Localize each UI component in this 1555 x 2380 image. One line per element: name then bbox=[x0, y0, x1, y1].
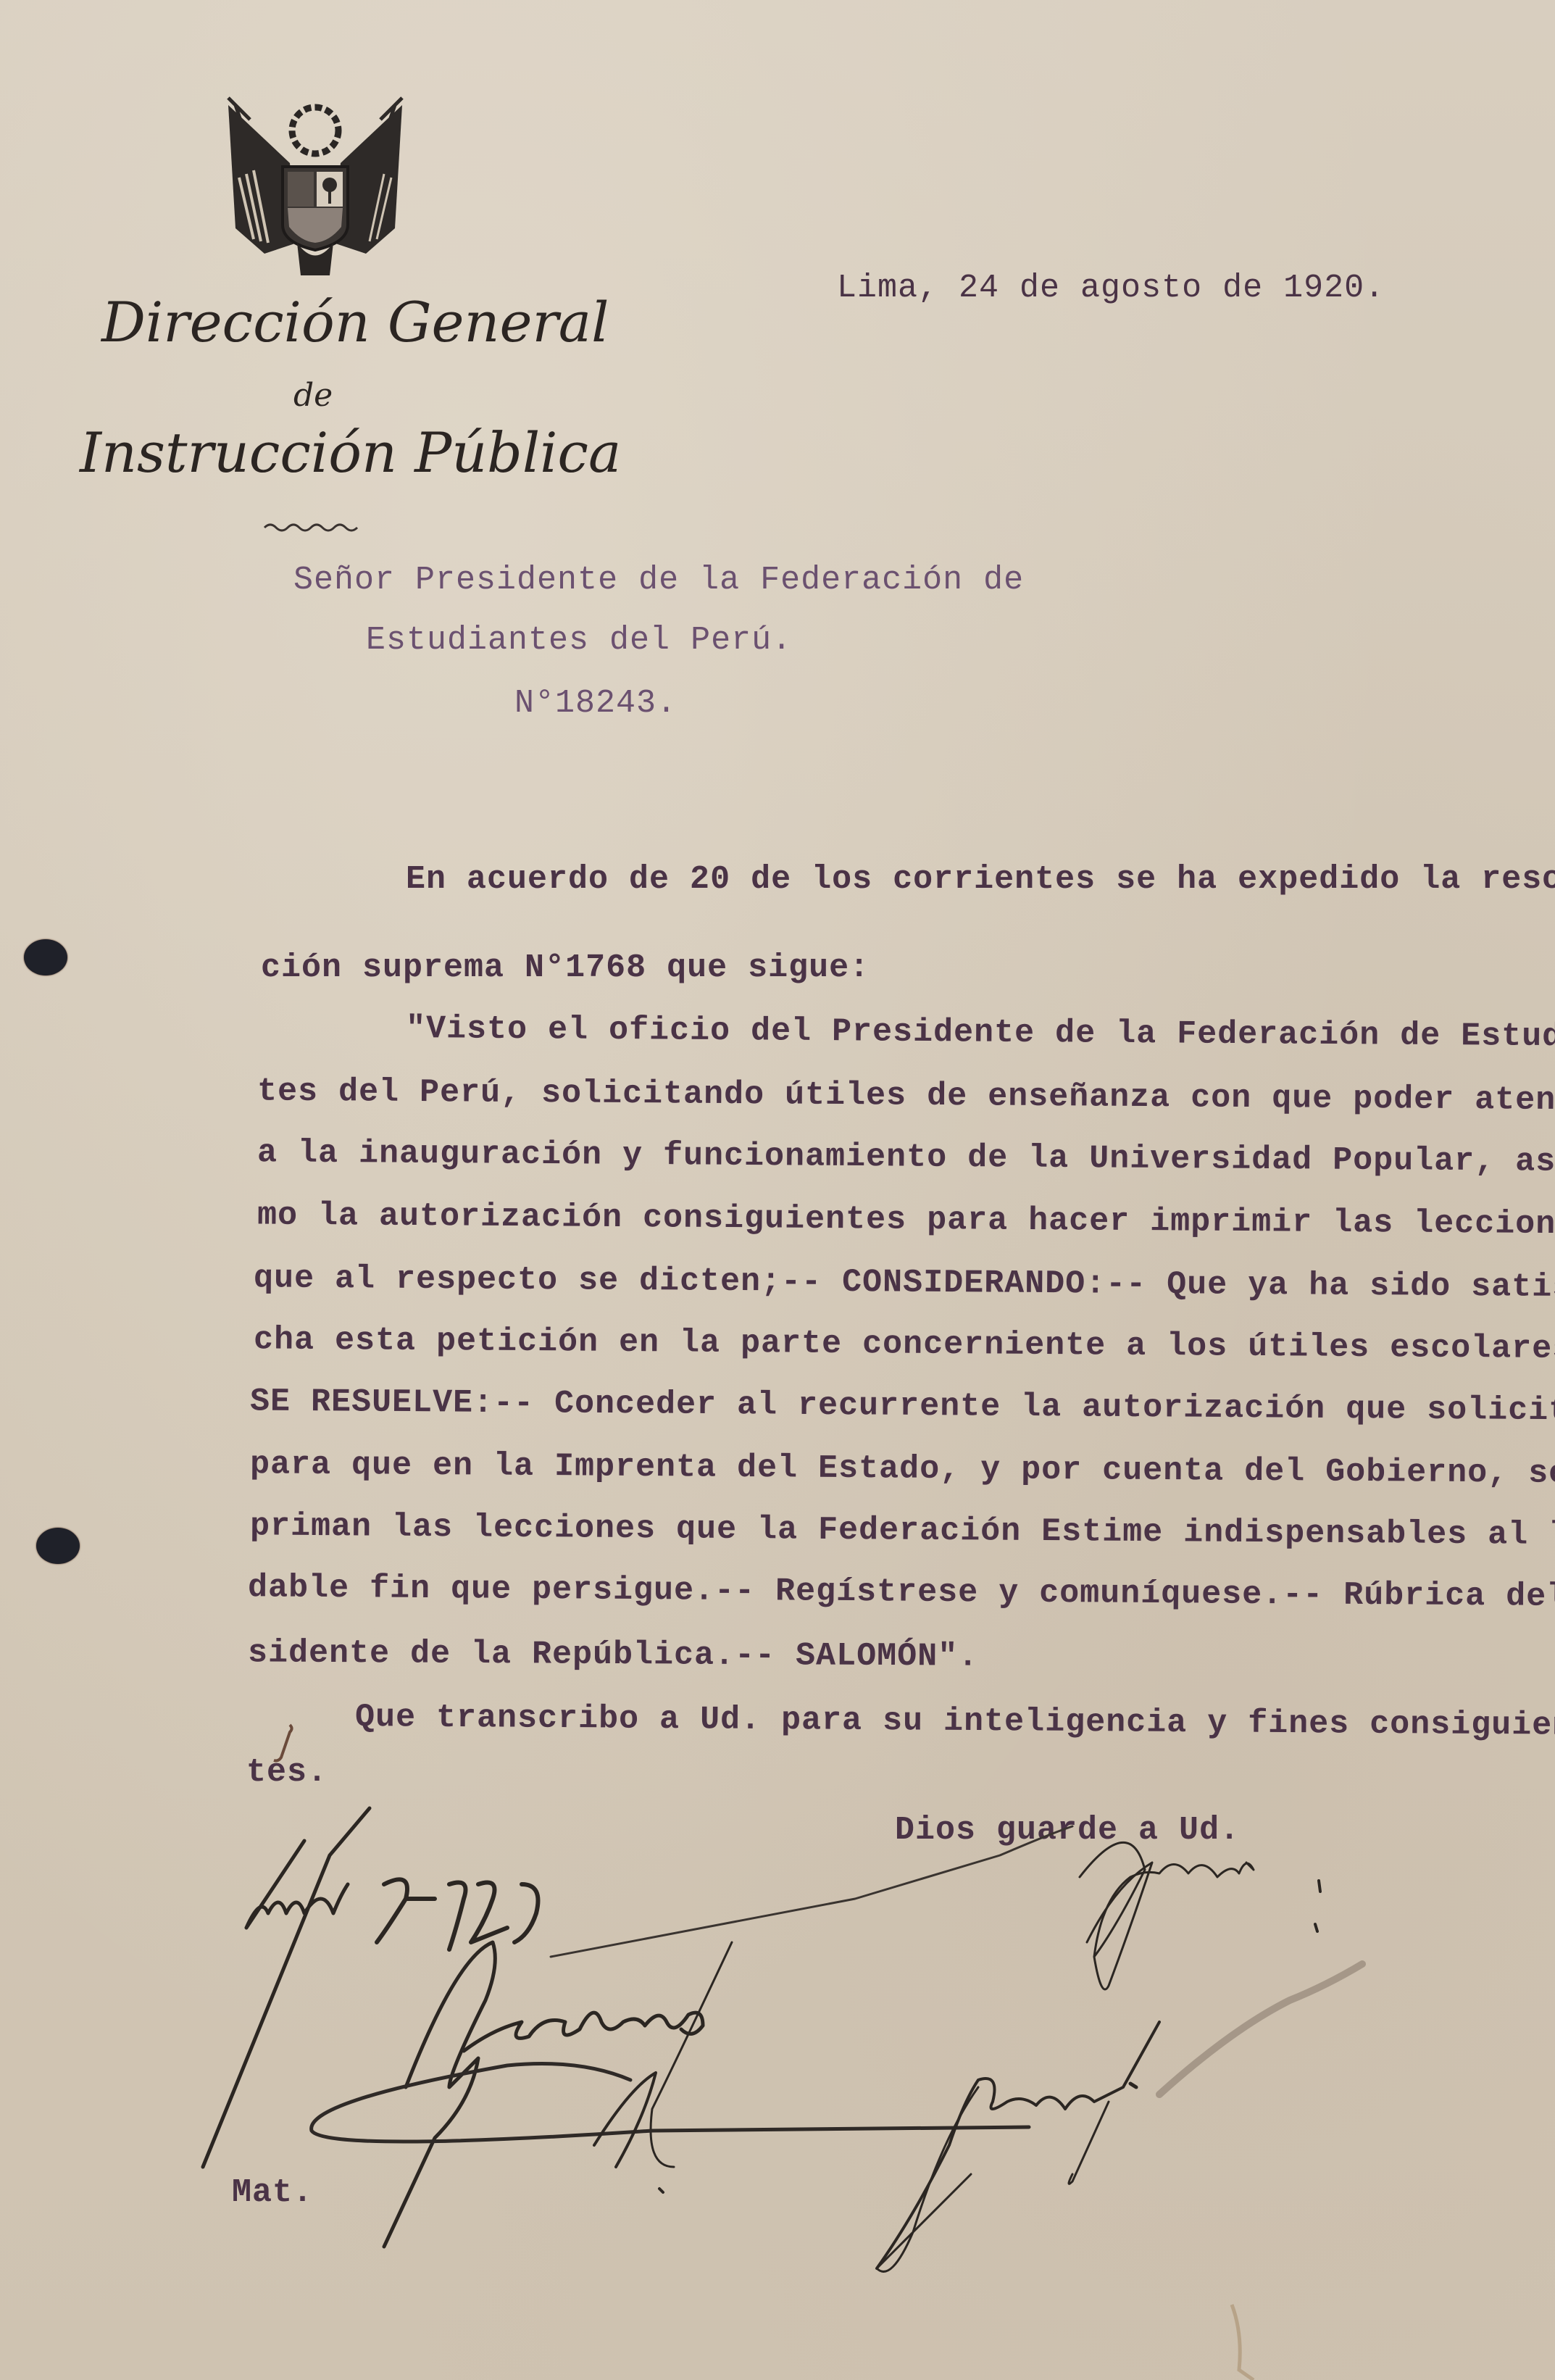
body-line: cha esta petición en la parte concernien… bbox=[254, 1321, 1555, 1368]
letterhead-line-2: de bbox=[293, 377, 333, 414]
reference-number: N°18243. bbox=[514, 685, 677, 722]
body-line: ción suprema N°1768 que sigue: bbox=[261, 949, 870, 986]
body-line: a la inauguración y funcionamiento de la… bbox=[257, 1134, 1555, 1181]
body-line: tes del Perú, solicitando útiles de ense… bbox=[257, 1073, 1555, 1119]
body-line: "Visto el oficio del Presidente de la Fe… bbox=[406, 1010, 1555, 1056]
addressee-line-1: Señor Presidente de la Federación de bbox=[293, 562, 1024, 599]
pencil-mark bbox=[268, 1721, 297, 1765]
closing-line: Dios guarde a Ud. bbox=[895, 1812, 1240, 1849]
date-line: Lima, 24 de agosto de 1920. bbox=[837, 270, 1385, 307]
body-line: sidente de la República.-- SALOMÓN". bbox=[248, 1634, 978, 1675]
handwritten-note bbox=[0, 0, 1555, 2380]
addressee-line-2: Estudiantes del Perú. bbox=[366, 622, 792, 659]
punch-hole-top bbox=[24, 939, 67, 975]
coat-of-arms-icon bbox=[221, 98, 409, 279]
letterhead-line-3: Instrucción Pública bbox=[80, 420, 621, 485]
body-line: SE RESUELVE:-- Conceder al recurrente la… bbox=[250, 1384, 1555, 1430]
body-line: mo la autorización consiguientes para ha… bbox=[257, 1197, 1555, 1244]
body-line: para que en la Imprenta del Estado, y po… bbox=[250, 1446, 1555, 1492]
punch-hole-bottom bbox=[36, 1528, 80, 1564]
body-line: que al respecto se dicten;-- CONSIDERAND… bbox=[254, 1260, 1555, 1306]
body-line: En acuerdo de 20 de los corrientes se ha… bbox=[406, 861, 1555, 898]
body-line: Que transcribo a Ud. para su inteligenci… bbox=[355, 1699, 1555, 1744]
typist-initials: Mat. bbox=[232, 2174, 313, 2211]
letterhead-ornament bbox=[264, 522, 359, 533]
body-line: priman las lecciones que la Federación E… bbox=[250, 1507, 1555, 1554]
body-line: dable fin que persigue.-- Regístrese y c… bbox=[248, 1569, 1555, 1615]
letterhead-line-1: Dirección General bbox=[101, 290, 609, 354]
